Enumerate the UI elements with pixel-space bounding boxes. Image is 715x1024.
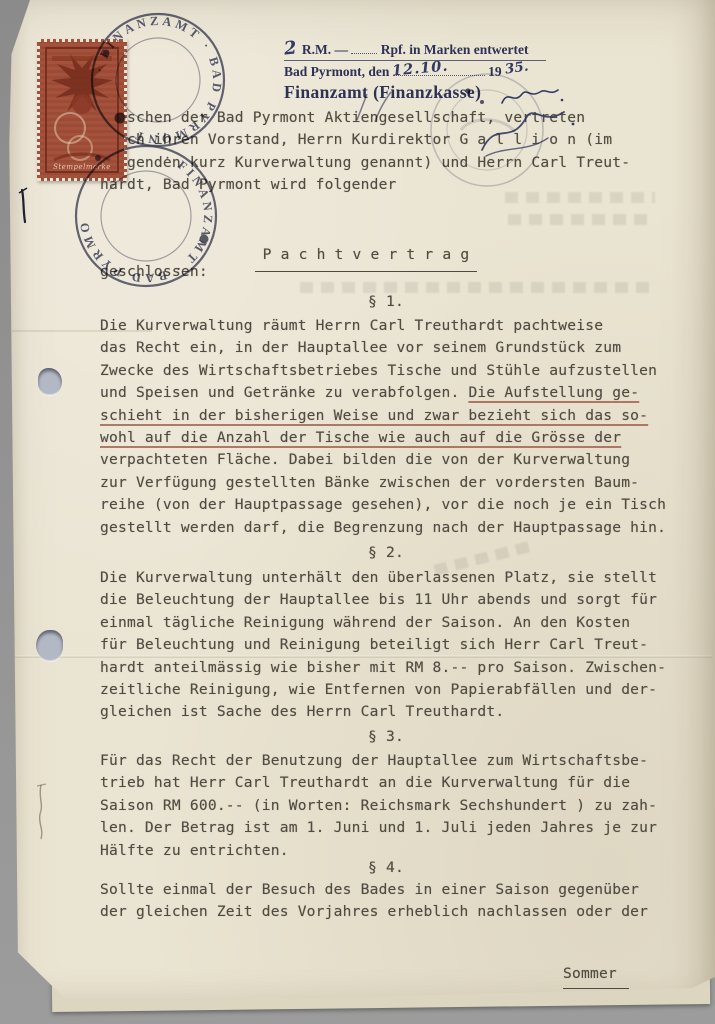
postmark-ring-text: · FINANZAMT · BAD PYRMONT	[55, 6, 215, 285]
handwritten-amount: 2	[283, 37, 298, 59]
section-1-body: Die Kurverwaltung räumt Herrn Carl Treut…	[100, 315, 672, 539]
dotted-leader	[351, 43, 377, 54]
section-3-body: Für das Recht der Benutzung der Hauptall…	[100, 750, 672, 862]
postmark-seal-icon: · FINANZAMT · BAD PYRMONT · FINANZAMT · …	[55, 6, 270, 301]
place-date-label: Bad Pyrmont, den	[284, 64, 389, 79]
pencil-squiggle-icon	[32, 782, 52, 842]
catchword: Sommer	[563, 941, 629, 989]
section-4-heading: § 4.	[100, 857, 672, 879]
faint-seal-icon	[423, 68, 558, 196]
pen-stroke-marks-icon	[345, 86, 405, 128]
section-4-body: Sollte einmal der Besuch des Bades in ei…	[100, 879, 672, 924]
section-2-heading: § 2.	[100, 542, 672, 564]
section-2-body: Die Kurverwaltung unterhält den überlass…	[100, 567, 672, 724]
photograph-of-document: 2 R.M. — Rpf. in Marken entwertet Bad Py…	[0, 0, 715, 1024]
fee-suffix-label: Rpf. in Marken entwertet	[381, 42, 529, 57]
svg-text:· FINANZAMT · BAD PYRMONT: · FINANZAMT · BAD PYRMONT	[55, 6, 215, 285]
punch-hole	[36, 630, 63, 661]
section-1-body-post: verpachteten Fläche. Dabei bilden die vo…	[100, 451, 666, 535]
margin-pen-mark-icon	[16, 184, 34, 226]
catchword-text: Sommer	[563, 963, 629, 988]
punch-hole	[38, 368, 62, 395]
fee-unit-label: R.M. —	[302, 42, 348, 57]
document-page: 2 R.M. — Rpf. in Marken entwertet Bad Py…	[0, 0, 715, 1024]
fee-amount-line: 2 R.M. — Rpf. in Marken entwertet	[284, 38, 546, 61]
section-3-heading: § 3.	[100, 726, 672, 748]
